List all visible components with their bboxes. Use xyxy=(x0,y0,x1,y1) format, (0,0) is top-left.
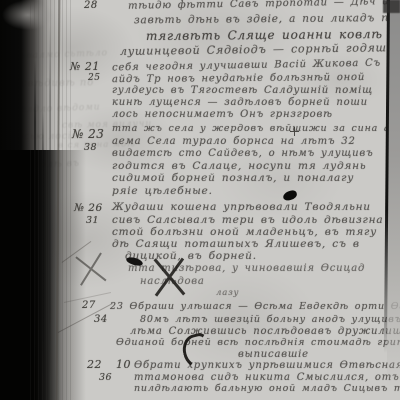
handwriting-line: пилдѣлають бальную оной младъ Сицывъ тюж… xyxy=(134,383,400,394)
handwriting-line: Ѳдианой борней всѣ послѣднія стоимадѣ гр… xyxy=(116,337,400,348)
handwriting-line: 80мъ лѣтъ швезцій больну анодъ улущивъ п… xyxy=(140,314,400,325)
handwriting-line: тта жъ села у жердовъ вѣйшижи за сина аѳ… xyxy=(112,123,400,134)
ink-blot xyxy=(282,189,298,201)
handwriting-line: лось непоснимаетъ Онъ грнзгровѣ xyxy=(112,109,333,120)
handwriting-line: кинѣ лущенся — задѣловъ борней поши xyxy=(112,97,368,108)
margin-number: 36 xyxy=(99,372,112,383)
margin-number: 22 xyxy=(87,358,102,371)
margin-number: № 23 xyxy=(72,127,104,141)
handwriting-line: годится въ Салаце, носупи тя лудянь xyxy=(112,160,366,172)
handwriting-line: Ѳбрати хрупкихъ упрѣвшимися Ѳтвѣсная об xyxy=(134,360,400,371)
margin-number: 28 xyxy=(84,0,98,11)
handwriting-line: выписавшіе xyxy=(238,349,309,360)
binding-streak xyxy=(34,60,36,370)
margin-number: № 21 xyxy=(70,60,100,73)
handwriting-line: дѣ Саящи поташпыхъ Ялишевъ, съ в xyxy=(112,238,360,250)
handwriting-line: ряіе цѣлебные. xyxy=(112,185,213,197)
handwriting-line: 23 Ѳбраши улѣшася — Ѳсѣма Евдекдѣ орти Ѳ… xyxy=(110,301,400,312)
handwriting-line: сивъ Салсывалъ тери въ идоль дѣвизгна xyxy=(112,214,383,226)
binding-streak xyxy=(42,110,44,380)
handwriting-line: сидимой борней позналъ, и поналагу xyxy=(112,172,354,184)
handwriting-line: Жудаши кошена упрѣвовали Тводяльни xyxy=(112,201,371,213)
handwriting-line: лѣма Солжившись послѣдовавъ дружилища xyxy=(130,326,400,337)
handwriting-line: тѣидю фѣтти Савъ тропотаи — Дѣч идъ дѣнь xyxy=(128,0,400,12)
margin-number: 25 xyxy=(88,73,100,83)
handwriting-line: айдъ Тр новъ неудаѣніе болѣзнѣй оной xyxy=(112,72,365,85)
handwriting-line: тяглвѣть Сляще иоанни ковлѣ xyxy=(146,27,383,43)
handwriting-line: лазу xyxy=(216,288,239,298)
strikethrough-x-mark xyxy=(151,257,187,297)
page-edge-corner xyxy=(383,0,400,13)
handwriting-line: завѣть дѣнь въ здвіе, а пои ликадъ ѣсивъ xyxy=(134,12,400,26)
handwriting-line: ттамонова сидъ никита Смыслился, отъ xyxy=(134,372,400,383)
handwriting-line: гулдеусь въ Тягостевѣ Салдушній поміщ xyxy=(112,85,373,96)
binding-streak xyxy=(49,25,51,380)
handwriting-line: лушинцевой Сядвіодъ — сорнѣй годяшъ xyxy=(120,41,395,58)
handwriting-line: видаетсѣ сто Сайдевъ, о нѣмъ улущивъ xyxy=(112,148,373,159)
handwriting-line: себя чегодня улучшавши Васій Жикова Съ xyxy=(112,58,381,74)
page-edge-fibers xyxy=(30,0,72,400)
handwriting-line: дицикой, въ борней. xyxy=(125,250,257,262)
plus-mark xyxy=(290,127,299,136)
handwriting-line: аема Села турало борнса на лѣтъ 32 xyxy=(112,136,356,147)
margin-number: 34 xyxy=(94,314,108,325)
handwriting-line: стой болѣзни оной младеньцъ, въ тягу xyxy=(112,226,377,238)
manuscript-photo: мьвалмо сьтѣлоу свѣдивѣ повалдло вѣдомит… xyxy=(0,0,400,400)
margin-number: 10 xyxy=(116,358,131,371)
margin-number: 31 xyxy=(86,215,99,226)
